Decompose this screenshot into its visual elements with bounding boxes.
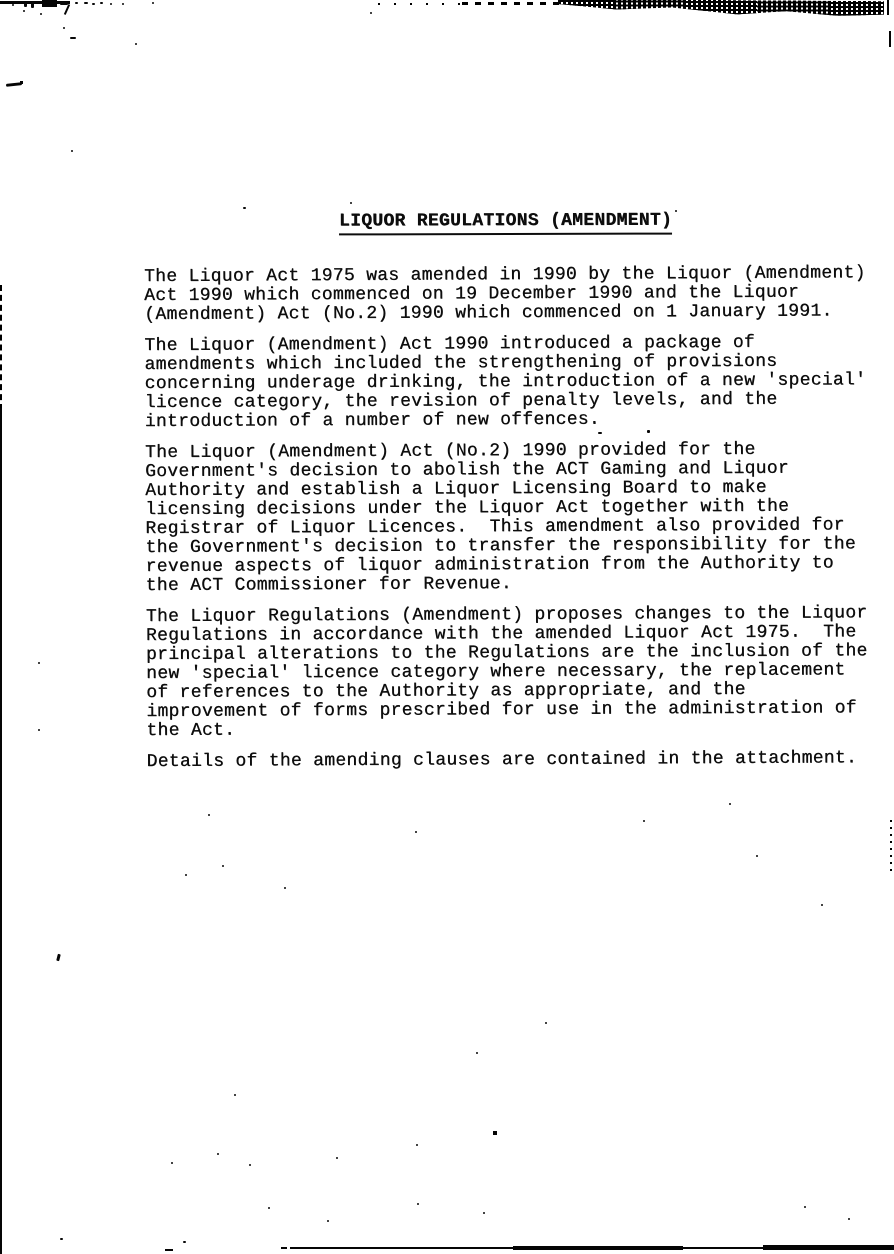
text-line: revenue aspects of liquor administration…: [146, 554, 882, 577]
scan-speck: [336, 1157, 338, 1159]
scanned-document-page: LIQUOR REGULATIONS (AMENDMENT) The Liquo…: [0, 0, 894, 1254]
document-title-row: LIQUOR REGULATIONS (AMENDMENT): [144, 211, 868, 235]
scan-speck: [185, 874, 187, 876]
scan-speck: [327, 1220, 329, 1222]
scan-speck: [848, 1218, 850, 1220]
scan-speck: [135, 43, 137, 45]
scan-speck: [92, 3, 95, 5]
text-line: introduction of a number of new offences…: [145, 409, 881, 432]
right-edge-tick: [889, 31, 891, 47]
scan-speck: [12, 4, 14, 6]
page-edge-bottom-line-segment: [513, 1246, 683, 1250]
scan-speck: [415, 831, 417, 833]
scan-speck: [24, 3, 27, 7]
scan-speck: [122, 3, 124, 5]
paragraph: The Liquor Act 1975 was amended in 1990 …: [144, 264, 880, 325]
scan-noise-blob: [42, 0, 57, 7]
scan-speck: [483, 1212, 485, 1214]
scan-speck: [183, 1241, 186, 1243]
scan-speck: [804, 1206, 806, 1208]
text-line: the ACT Commissioner for Revenue.: [146, 573, 882, 596]
text-line: Details of the amending clauses are cont…: [147, 749, 883, 772]
text-line: (Amendment) Act (No.2) 1990 which commen…: [144, 302, 880, 325]
scan-apostrophe-mark: [56, 954, 61, 962]
scan-speck: [268, 1207, 270, 1209]
scan-speck: [63, 27, 65, 29]
scan-speck: [75, 2, 78, 4]
scan-speck: [40, 13, 42, 15]
page-edge-left-line: [0, 408, 2, 1254]
scan-speck: [38, 662, 40, 664]
right-edge-dotted-line: [890, 815, 892, 871]
page-edge-left-line-dashed: [0, 285, 2, 410]
scan-speck: [84, 2, 88, 4]
scan-speck: [60, 1238, 63, 1240]
paragraph: The Liquor (Amendment) Act 1990 introduc…: [144, 333, 880, 432]
right-edge-tick: [887, 0, 889, 15]
scan-speck: [284, 887, 286, 889]
scan-speck: [23, 10, 25, 12]
scan-speck: [281, 1247, 287, 1249]
scan-speck: [208, 814, 210, 816]
scan-speck: [729, 803, 731, 805]
scan-noise-slash-mark: [64, 4, 70, 15]
scan-speck: [417, 1203, 419, 1205]
scan-speck: [165, 1249, 173, 1251]
page-edge-bottom-line-segment: [763, 1245, 894, 1250]
scan-speck: [171, 1162, 173, 1164]
scan-speck: [217, 1153, 219, 1155]
paragraph: The Liquor (Amendment) Act (No.2) 1990 p…: [145, 440, 882, 596]
scan-speck: [110, 3, 112, 5]
scan-speck: [476, 1052, 478, 1054]
paragraph: The Liquor Regulations (Amendment) propo…: [146, 604, 883, 741]
scan-speck: [821, 904, 823, 906]
scan-speck: [100, 2, 103, 4]
scan-speck: [71, 150, 73, 152]
scan-speck: [243, 207, 246, 209]
scan-speck: [70, 37, 76, 39]
text-line: the Act.: [146, 718, 882, 741]
scan-speck: [545, 1022, 547, 1024]
left-margin-mark: [20, 81, 23, 84]
scan-noise-dash-row: [462, 2, 560, 5]
paragraph: Details of the amending clauses are cont…: [147, 749, 883, 772]
scan-speck: [350, 202, 352, 204]
scan-noise-top-band: [558, 0, 884, 16]
scan-speck: [31, 2, 34, 8]
scan-speck: [222, 865, 224, 867]
text-line: improvement of forms prescribed for use …: [146, 699, 882, 722]
document-body: The Liquor Act 1975 was amended in 1990 …: [144, 264, 883, 784]
scan-speck: [643, 820, 645, 822]
document-title: LIQUOR REGULATIONS (AMENDMENT): [339, 211, 672, 236]
scan-speck: [370, 12, 372, 14]
scan-speck: [38, 729, 40, 731]
scan-noise-dot-row: [378, 3, 464, 5]
scan-cross-mark: [493, 1131, 497, 1135]
scan-speck: [249, 1164, 251, 1166]
scan-speck: [152, 2, 154, 4]
scan-speck: [60, 2, 68, 5]
scan-speck: [416, 1144, 418, 1146]
scan-speck: [756, 855, 758, 857]
scan-speck: [234, 1094, 236, 1096]
